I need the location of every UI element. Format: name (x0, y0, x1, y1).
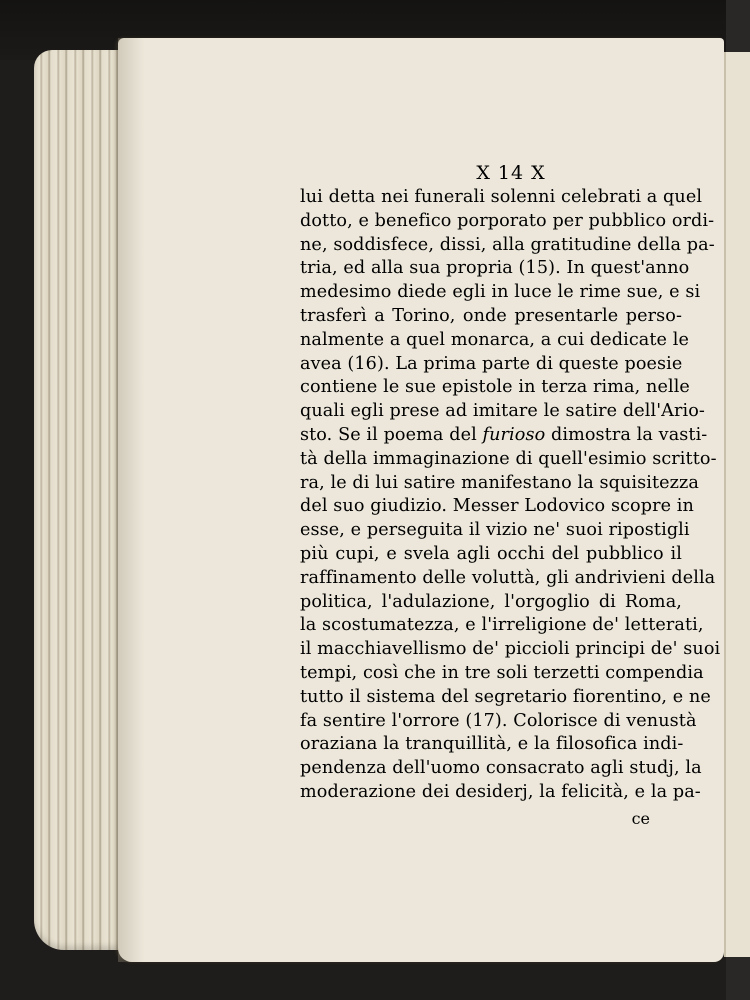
text-line: tà della immaginazione di quell'esimio s… (300, 448, 682, 472)
text-line: ne, soddisfece, dissi, alla gratitudine … (300, 234, 682, 258)
text-segment: dimostra la vasti- (545, 425, 707, 445)
text-line: contiene le sue epistole in terza rima, … (300, 376, 682, 400)
text-line: la scostumatezza, e l'irreligione de' le… (300, 614, 682, 638)
text-line-with-italic: sto. Se il poema del furioso dimostra la… (300, 424, 682, 448)
italic-title: furioso (483, 425, 546, 445)
text-line: tempi, così che in tre soli terzetti com… (300, 662, 682, 686)
catchword: ce (300, 807, 682, 831)
text-line: più cupi, e svela agli occhi del pubblic… (300, 543, 682, 567)
text-line: fa sentire l'orrore (17). Colorisce di v… (300, 710, 682, 734)
text-line: quali egli prese ad imitare le satire de… (300, 400, 682, 424)
running-head: X 14 X (340, 160, 682, 186)
text-line: del suo giudizio. Messer Lodovico scopre… (300, 495, 682, 519)
facing-page-edge (724, 52, 750, 957)
text-line: medesimo diede egli in luce le rime sue,… (300, 281, 682, 305)
page-text-block: X 14 X lui detta nei funerali solenni ce… (300, 160, 682, 831)
text-line: tutto il sistema del segretario fiorenti… (300, 686, 682, 710)
text-line: lui detta nei funerali solenni celebrati… (300, 186, 682, 210)
text-segment: sto. Se il poema del (300, 425, 483, 445)
text-line: dotto, e benefico porporato per pubblico… (300, 210, 682, 234)
text-line: raffinamento delle voluttà, gli andrivie… (300, 567, 682, 591)
text-line: oraziana la tranquillità, e la filosofic… (300, 733, 682, 757)
text-line: trasferì a Torino, onde presentarle pers… (300, 305, 682, 329)
text-line: tria, ed alla sua propria (15). In quest… (300, 257, 682, 281)
text-line: moderazione dei desiderj, la felicità, e… (300, 781, 682, 805)
text-line: esse, e perseguita il vizio ne' suoi rip… (300, 519, 682, 543)
text-line: pendenza dell'uomo consacrato agli studj… (300, 757, 682, 781)
text-line: politica, l'adulazione, l'orgoglio di Ro… (300, 591, 682, 615)
text-line: avea (16). La prima parte di queste poes… (300, 353, 682, 377)
text-line: nalmente a quel monarca, a cui dedicate … (300, 329, 682, 353)
text-line: il macchiavellismo de' piccioli principi… (300, 638, 682, 662)
text-line: ra, le di lui satire manifestano la squi… (300, 472, 682, 496)
